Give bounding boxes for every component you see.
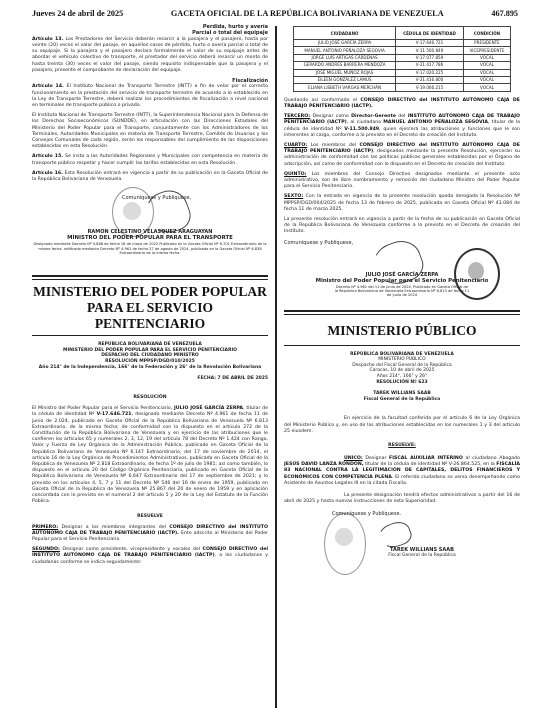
gazette-header: Jueves 24 de abril de 2025 GACETA OFICIA… <box>32 6 518 20</box>
ejercicio-text: En ejercicio de la facultad conferida po… <box>284 416 520 435</box>
cell-condicion: VOCAL <box>463 69 510 76</box>
cell-ciudadano: JOSÉ MIGUEL MUÑOZ ROJAS <box>294 69 396 76</box>
designacion-text: La presente designación tendrá efectos a… <box>284 493 520 505</box>
cell-cedula: V-21.416.800 <box>396 76 464 83</box>
column-header-ciudadano: CIUDADANO <box>294 27 396 40</box>
cell-cedula: V-17.646.721 <box>396 40 464 47</box>
resolution-header: REPÚBLICA BOLIVARIANA DE VENEZUELA MINIS… <box>284 352 520 386</box>
column-header-condicion: CONDICIÓN <box>463 27 510 40</box>
resuelve-heading: RESUELVE <box>32 514 268 519</box>
section-rule <box>32 275 268 280</box>
fiscal-seal-icon <box>324 513 366 575</box>
article-14: Artículo 14. El Instituto Nacional de Tr… <box>32 84 268 109</box>
table-row: GERARDO ANDRÉS BARRERA MENDOZAV-21.417.7… <box>294 62 511 69</box>
resolution-preamble: El Ministro del Poder Popular para el Se… <box>32 406 268 505</box>
resolution-tercero: TERCERO: Designar como Director-Gerente … <box>284 114 520 139</box>
table-row: JORGE LUIS ARTIGAS CÁRDENASV-17.077.859V… <box>294 54 511 61</box>
header-page-number: 467.895 <box>491 9 518 18</box>
signer-title: Ministro del Poder Popular para el Servi… <box>284 278 520 284</box>
signature-block-fiscal: Comuníquese y Publíquese. TAREK WILLIANS… <box>284 509 520 579</box>
resolution-date: FECHA: 7 DE ABRIL DE 2025 <box>32 376 268 381</box>
article-14-paragraph-2: El Instituto Nacional de Transporte Terr… <box>32 113 268 150</box>
signer-appointment-note: Decreto Nº 4.961 del 11 de junio de 2024… <box>284 285 520 298</box>
cell-ciudadano: MANUEL ANTONIO PEÑALOZA SEGOVIA <box>294 47 396 54</box>
cell-condicion: VOCAL <box>463 84 510 91</box>
signature-block-penitenciario: Comuníquese y Publíquese, JULIO JOSÉ GAR… <box>284 240 520 302</box>
signer-title: Fiscal General de la República <box>324 554 520 558</box>
table-row: JOSÉ MIGUEL MUÑOZ ROJASV-17.020.225VOCAL <box>294 69 511 76</box>
article-16: Artículo 16. Esta Resolución entrará en … <box>32 171 268 183</box>
cell-cedula: V-17.077.859 <box>396 54 464 61</box>
cell-condicion: VOCAL <box>463 76 510 83</box>
comuniquese-text: Comuníquese y Publíquese. <box>332 511 401 517</box>
cell-cedula: V-21.417.786 <box>396 62 464 69</box>
table-row: MANUEL ANTONIO PEÑALOZA SEGOVIAV-11.500.… <box>294 47 511 54</box>
resolution-unico: ÚNICO: Designar FISCAL AUXILIAR INTERINO… <box>284 456 520 487</box>
cell-cedula: V-19.066.215 <box>396 84 464 91</box>
section-underline <box>32 335 268 336</box>
section-underline <box>284 345 520 346</box>
resolution-segundo: SEGUNDO: Designar como presidente, vicep… <box>32 547 268 566</box>
header-title: GACETA OFICIAL DE LA REPÚBLICA BOLIVARIA… <box>171 9 444 18</box>
comuniquese-text: Comuníquese y Publíquese, <box>122 195 191 201</box>
comuniquese-text: Comuníquese y Publíquese, <box>284 240 353 246</box>
article-13: Artículo 13. Los Prestadores del Servici… <box>32 37 268 74</box>
table-row: JULIO JOSÉ GARCÍA ZERPAV-17.646.721PRESI… <box>294 40 511 47</box>
cell-cedula: V-17.020.225 <box>396 69 464 76</box>
resolution-header: REPÚBLICA BOLIVARIANA DE VENEZUELA MINIS… <box>32 342 268 370</box>
signer-title: MINISTRO DEL PODER POPULAR PARA EL TRANS… <box>32 235 268 241</box>
cell-ciudadano: JORGE LUIS ARTIGAS CÁRDENAS <box>294 54 396 61</box>
resolution-primero: PRIMERO: Designar a los miembros integra… <box>32 525 268 544</box>
cell-condicion: VICEPRESIDENTE <box>463 47 510 54</box>
cell-condicion: PRESIDENTE <box>463 40 510 47</box>
article-15: Artículo 15. Se insta a las Autoridades … <box>32 154 268 166</box>
column-divider <box>275 26 277 708</box>
cell-ciudadano: GERARDO ANDRÉS BARRERA MENDOZA <box>294 62 396 69</box>
cell-ciudadano: EILEEN GONZÁLEZ LAMUS <box>294 76 396 83</box>
table-row: EILEEN GONZÁLEZ LAMUSV-21.416.800VOCAL <box>294 76 511 83</box>
signer-appointment-note: Designado mediante Decreto Nº 4.688 de f… <box>32 242 268 255</box>
section-rule <box>284 310 520 315</box>
cell-ciudadano: ELIANA LISBETH VARGAS MERCHÁN <box>294 84 396 91</box>
council-members-table: CIUDADANO CÉDULA DE IDENTIDAD CONDICIÓN … <box>293 26 511 92</box>
resuelve-heading: RESUELVE: <box>284 443 520 448</box>
resolution-sexto: SEXTO: Con la entrada en vigencia de la … <box>284 194 520 213</box>
resolution-quinto: QUINTO: Los miembros del Consejo Directi… <box>284 172 520 191</box>
quedando-text: Quedando así conformado el CONSEJO DIREC… <box>284 98 520 110</box>
header-date: Jueves 24 de abril de 2025 <box>32 9 123 18</box>
cell-cedula: V-11.500.849 <box>396 47 464 54</box>
section-title-penitenciario: MINISTERIO DEL PODER POPULAR PARA EL SER… <box>32 284 268 332</box>
right-column: CIUDADANO CÉDULA DE IDENTIDAD CONDICIÓN … <box>284 24 520 708</box>
cell-condicion: VOCAL <box>463 54 510 61</box>
left-column: Perdida, hurto y avería Parcial o total … <box>32 24 268 708</box>
signature-block-transporte: Comuníquese y Publíquese, RAMON CELESTIN… <box>32 187 268 257</box>
column-header-cedula: CÉDULA DE IDENTIDAD <box>396 27 464 40</box>
resolucion-heading: RESOLUCIÓN <box>32 395 268 400</box>
table-row: ELIANA LISBETH VARGAS MERCHÁNV-19.066.21… <box>294 84 511 91</box>
resolution-cuarto: CUARTO: Los miembros del CONSEJO DIRECTI… <box>284 143 520 168</box>
cell-ciudadano: JULIO JOSÉ GARCÍA ZERPA <box>294 40 396 47</box>
section-title-ministerio-publico: MINISTERIO PÚBLICO <box>284 323 520 339</box>
fiscal-header: TAREK WILLIANS SAAB Fiscal General de la… <box>284 391 520 402</box>
resolution-vigencia: La presente resolución entrará en vigenc… <box>284 217 520 236</box>
cell-condicion: VOCAL <box>463 62 510 69</box>
